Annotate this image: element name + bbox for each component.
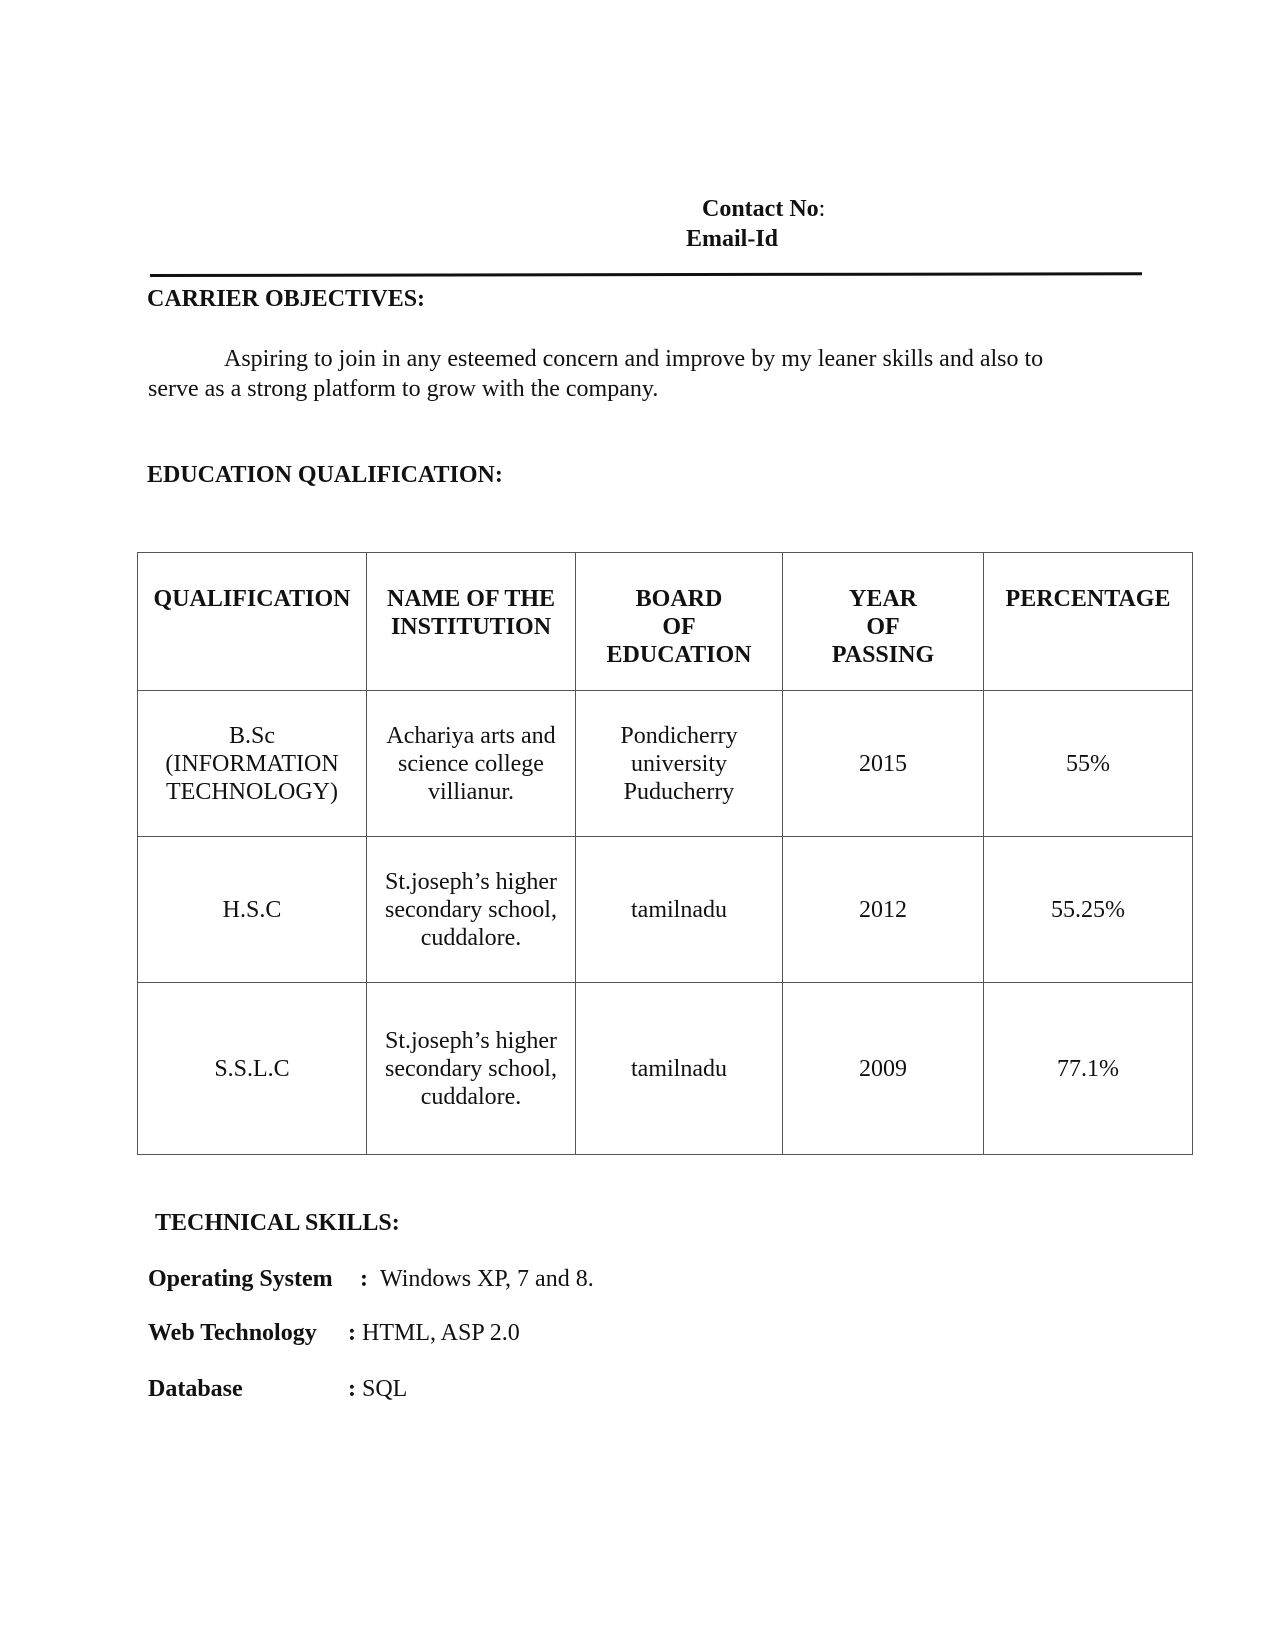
skill-separator: : <box>348 1376 356 1402</box>
year-cell: 2012 <box>783 837 984 983</box>
skill-database: Database: SQL <box>148 1376 407 1403</box>
email-label: Email-Id <box>686 226 778 253</box>
table-header-row: QUALIFICATION NAME OF THEINSTITUTION BOA… <box>138 553 1193 691</box>
percentage-cell: 77.1% <box>984 983 1193 1155</box>
skill-separator: : <box>348 1320 356 1346</box>
table-row: B.Sc(INFORMATIONTECHNOLOGY) Achariya art… <box>138 691 1193 837</box>
education-table: QUALIFICATION NAME OF THEINSTITUTION BOA… <box>137 552 1193 1155</box>
board-cell: tamilnadu <box>576 983 783 1155</box>
skill-operating-system: Operating System: Windows XP, 7 and 8. <box>148 1266 594 1293</box>
objectives-heading: CARRIER OBJECTIVES: <box>147 286 425 313</box>
skill-separator: : <box>360 1266 368 1292</box>
institution-cell: Achariya arts andscience collegevillianu… <box>367 691 576 837</box>
percentage-cell: 55% <box>984 691 1193 837</box>
column-header: BOARDOFEDUCATION <box>576 553 783 691</box>
horizontal-divider <box>150 272 1142 277</box>
table-row: S.S.L.C St.joseph’s highersecondary scho… <box>138 983 1193 1155</box>
column-header: NAME OF THEINSTITUTION <box>367 553 576 691</box>
skill-value: HTML, ASP 2.0 <box>362 1320 520 1346</box>
board-cell: PondicherryuniversityPuducherry <box>576 691 783 837</box>
education-heading: EDUCATION QUALIFICATION: <box>147 462 503 489</box>
skill-value: SQL <box>362 1376 407 1402</box>
skill-web-technology: Web Technology: HTML, ASP 2.0 <box>148 1320 520 1347</box>
board-cell: tamilnadu <box>576 837 783 983</box>
table-row: H.S.C St.joseph’s highersecondary school… <box>138 837 1193 983</box>
contact-number-label: Contact No: <box>702 196 825 223</box>
qualification-cell: B.Sc(INFORMATIONTECHNOLOGY) <box>138 691 367 837</box>
objectives-text: Aspiring to join in any esteemed concern… <box>148 344 1078 404</box>
year-cell: 2009 <box>783 983 984 1155</box>
percentage-cell: 55.25% <box>984 837 1193 983</box>
column-header: PERCENTAGE <box>984 553 1193 691</box>
qualification-cell: H.S.C <box>138 837 367 983</box>
skill-label: Operating System <box>148 1266 360 1293</box>
skill-label: Database <box>148 1376 348 1403</box>
year-cell: 2015 <box>783 691 984 837</box>
skill-value: Windows XP, 7 and 8. <box>380 1266 594 1292</box>
qualification-cell: S.S.L.C <box>138 983 367 1155</box>
institution-cell: St.joseph’s highersecondary school,cudda… <box>367 983 576 1155</box>
skill-label: Web Technology <box>148 1320 348 1347</box>
institution-cell: St.joseph’s highersecondary school,cudda… <box>367 837 576 983</box>
technical-skills-heading: TECHNICAL SKILLS: <box>155 1210 400 1237</box>
column-header: QUALIFICATION <box>138 553 367 691</box>
column-header: YEAROFPASSING <box>783 553 984 691</box>
